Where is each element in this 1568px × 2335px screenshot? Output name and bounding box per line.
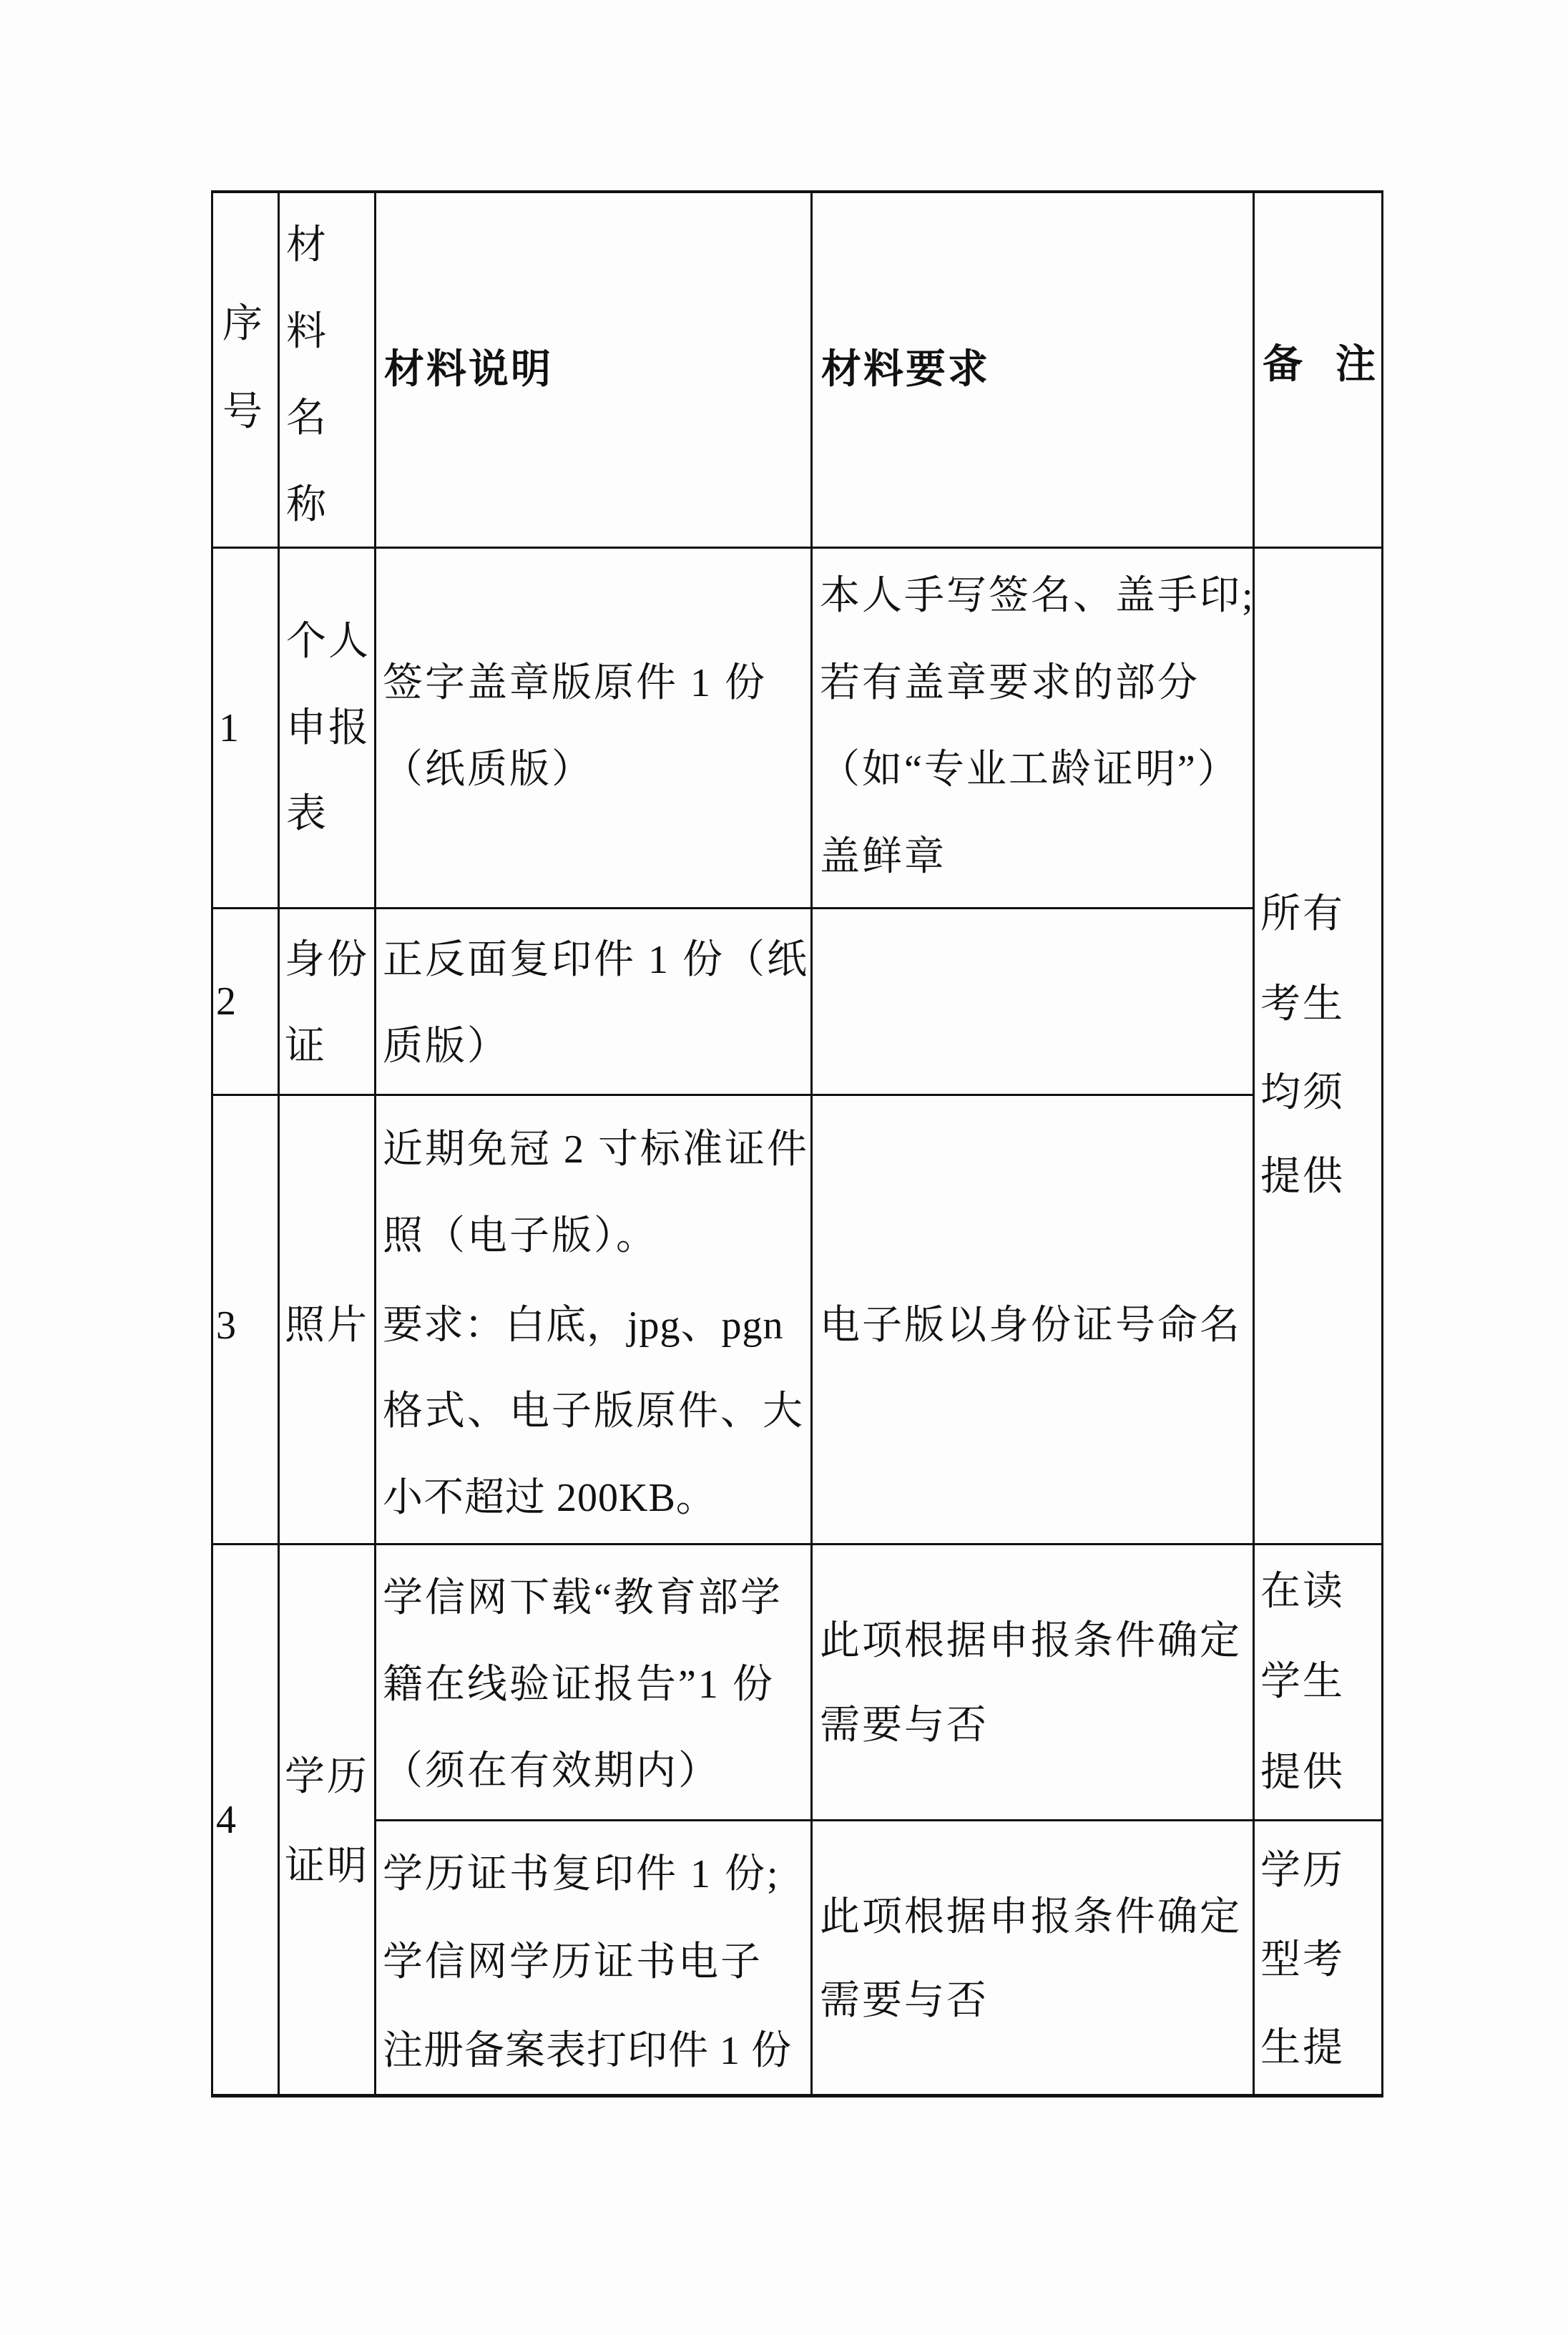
row1-requirement-line-4: 盖鲜章 — [820, 837, 946, 877]
row1-description-line-2: （纸质版） — [383, 750, 594, 790]
row3-description-line-3: 要求：白底，jpg、pgn — [383, 1306, 784, 1346]
row1-name-line-1: 个人 — [286, 622, 371, 662]
header-requirement: 材料要求 — [821, 350, 990, 390]
header-remark: 备 注 — [1263, 345, 1387, 385]
row4b-description-line-3: 注册备案表打印件 1 份 — [383, 2031, 792, 2071]
row1-description-cell — [374, 547, 813, 909]
row2-description-line-1: 正反面复印件 1 份（纸 — [383, 940, 809, 980]
row1-requirement-line-3: （如“专业工龄证明”） — [820, 750, 1240, 790]
header-name-char-3: 名 — [286, 398, 328, 439]
row4a-remark-line-3: 提供 — [1260, 1753, 1345, 1793]
row2-requirement-cell — [810, 907, 1255, 1096]
merged-remark-line-1: 所有 — [1260, 894, 1345, 934]
row4a-description-line-1: 学信网下载“教育部学 — [383, 1578, 783, 1618]
row3-description-line-5: 小不超过 200KB。 — [383, 1478, 717, 1518]
row4b-description-line-2: 学信网学历证书电子 — [383, 1942, 763, 1982]
document-page: 序 号 材 料 名 称 材料说明 材料要求 备 注 1 个人 申报 表 签字盖章… — [0, 0, 1568, 2335]
row4-name-line-1: 学历 — [285, 1757, 369, 1797]
header-seq-cell — [211, 190, 280, 549]
merged-remark-cell — [1253, 547, 1383, 1545]
row4a-remark-line-1: 在读 — [1260, 1572, 1345, 1612]
row4a-description-line-3: （须在有效期内） — [383, 1751, 720, 1791]
row4b-requirement-line-1: 此项根据申报条件确定 — [820, 1897, 1242, 1937]
row4a-requirement-cell — [810, 1543, 1255, 1821]
row4-name-line-2: 证明 — [285, 1846, 369, 1886]
row4b-description-line-1: 学历证书复印件 1 份; — [383, 1854, 780, 1894]
row4-name-cell — [278, 1543, 376, 2097]
row2-name-line-2: 证 — [285, 1027, 327, 1067]
merged-remark-line-3: 均须 — [1260, 1073, 1345, 1113]
header-description: 材料说明 — [384, 350, 553, 390]
row4b-remark-line-2: 型考 — [1260, 1940, 1345, 1980]
row3-description-line-2: 照（电子版）。 — [383, 1216, 658, 1256]
row3-description-line-4: 格式、电子版原件、大 — [383, 1391, 805, 1431]
row4b-requirement-cell — [810, 1819, 1255, 2097]
row4a-remark-line-2: 学生 — [1260, 1662, 1345, 1702]
header-name-char-2: 料 — [286, 312, 328, 352]
header-seq-char-2: 号 — [222, 392, 265, 432]
merged-remark-line-4: 提供 — [1260, 1157, 1345, 1197]
row2-description-line-2: 质版） — [383, 1027, 509, 1067]
header-seq-char-1: 序 — [222, 304, 265, 344]
row1-requirement-line-2: 若有盖章要求的部分 — [820, 663, 1200, 703]
row1-name-line-2: 申报 — [286, 708, 371, 748]
row4b-requirement-line-2: 需要与否 — [820, 1981, 989, 2021]
row4b-remark-line-1: 学历 — [1260, 1851, 1345, 1891]
header-name-char-4: 称 — [286, 485, 328, 525]
row3-requirement-line-1: 电子版以身份证号命名 — [820, 1306, 1242, 1346]
row4a-requirement-line-1: 此项根据申报条件确定 — [820, 1621, 1242, 1661]
row1-name-line-3: 表 — [286, 794, 328, 834]
header-name-char-1: 材 — [286, 225, 328, 265]
row3-seq: 3 — [216, 1306, 238, 1346]
row1-requirement-line-1: 本人手写签名、盖手印; — [820, 576, 1255, 616]
row4a-requirement-line-2: 需要与否 — [820, 1705, 989, 1746]
merged-remark-line-2: 考生 — [1260, 984, 1345, 1024]
row3-name-line-1: 照片 — [285, 1306, 369, 1346]
row4-seq: 4 — [216, 1800, 238, 1840]
row4b-remark-line-3: 生提 — [1260, 2028, 1345, 2068]
row2-seq: 2 — [216, 982, 238, 1022]
row3-description-line-1: 近期免冠 2 寸标准证件 — [383, 1130, 809, 1170]
row1-description-line-1: 签字盖章版原件 1 份 — [383, 663, 767, 703]
row4a-description-line-2: 籍在线验证报告”1 份 — [383, 1665, 775, 1705]
row1-seq: 1 — [219, 708, 241, 748]
row2-name-line-1: 身份 — [285, 940, 369, 980]
